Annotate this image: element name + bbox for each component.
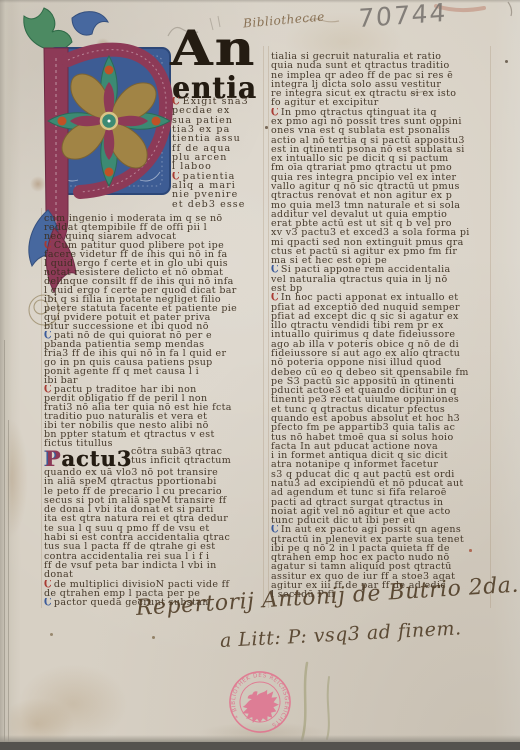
line-text: tialia si gecruit naturalia et ratio [271,52,441,61]
manuscript-text-line: pecdae ex [172,106,268,115]
line-text: tientia assu [172,134,241,143]
line-text: nie pvenire [172,190,238,199]
line-text: ones vna est q sublata est psonalis [271,126,450,135]
line-text: ponit agente ff q met causa l i [44,367,199,376]
manuscript-text-line: est bp [271,284,492,293]
manuscript-text-line: bitur successione et ibi quod nō [44,322,266,331]
manuscript-text-line: habi si est contra accidentalia qtrac [44,533,266,542]
manuscript-text-line: qtractū in plenevit ex parte sua tenet [271,535,492,544]
manuscript-text-line: qtractus renovat et non agitur ex p [271,191,492,200]
chapter-heading: An entia [170,24,257,101]
manuscript-text-line: vel naturalia qtractus quia in lj nō [271,275,492,284]
manuscript-text-line: pe S3 pactū sic appositū in qtinenti [271,377,492,386]
manuscript-text-line: additur vel devalut ut quia emptio [271,210,492,219]
manuscript-text-line: est in qtinenti psona nō est sublata si [271,145,492,154]
acanthus-leaf [24,8,72,52]
pactum-side-line: tus inficit qtractum [131,456,231,465]
manuscript-text-line: secus si pot in aliā speM transire ff [44,496,266,505]
line-text: nō poteria oppone nisi illud quod [271,358,442,367]
paragraph-mark: C [271,525,279,534]
line-text: facta In aut pducat actione nova [271,442,438,451]
line-text: et tunc q qtractus dicatur pfectus [271,405,445,414]
manuscript-text-line: pbanda patientia semp mendas [44,340,266,349]
paragraph-mark: C [172,172,181,181]
manuscript-text-line: ex pmo agi nō possit tres sunt oppini [271,117,492,126]
line-text: sua patien [172,116,233,125]
ink-dot [50,633,53,636]
line-text: illo qtractu vendidi tibi rem pr ex [271,321,444,330]
paragraph-mark: C [44,331,52,340]
blue-curl-leaf [72,12,108,35]
manuscript-text-line: ita est qtra natura rei et qtra dedur [44,514,266,523]
line-text: notat resistere delicto et nō obmat [44,268,223,277]
line-text: fideiussore si aut ago ex alio qtractu [271,349,460,358]
paragraph-mark: C [271,265,279,274]
line-text: le peto ff de precario l cu precario [44,487,222,496]
manuscript-text-line: traditio puo naturalis et vera et [44,412,266,421]
manuscript-text-line: facta In aut pducat actione nova [271,442,492,451]
manuscript-text-line: ones vna est q sublata est psonalis [271,126,492,135]
manuscript-text-line: CIn pmo qtractus qtinguat ita q [271,108,492,117]
manuscript-text-line: tus sua l pacta ff de qtrahe gi est [44,542,266,551]
line-text: qui pvidere potuit et pater priva [44,313,211,322]
line-text: erat pbte actū est ut sit q b vel pro [271,219,452,228]
manuscript-scan: Bibliothecae 70744 [0,0,520,750]
manuscript-text-line: ibi bar [44,376,266,385]
manuscript-text-line: fideiussore si aut ago ex alio qtractu [271,349,492,358]
line-text: intuallo quirimus q date fideiussore [271,330,455,339]
line-text: fo agitur et excipitur [271,98,379,107]
chapter-heading-line1: An [170,24,273,72]
line-text: traditio puo naturalis et vera et [44,412,207,421]
manuscript-text-line: intuallo quirimus q date fideiussore [271,330,492,339]
manuscript-text-line: pducit actoe3 et quando dicitur in q [271,386,492,395]
line-text: pati nō de qui quiorat nō per e [54,331,212,340]
page-edge-line [4,340,5,745]
manuscript-text-line: reddat qtempibile ff de offi pii l [44,223,266,232]
line-text: debeo cū eo q debeo sit qpensabile fm [271,368,469,377]
manuscript-text-line: frati3 nō alia ter quia nō est hie fcta [44,403,266,412]
manuscript-text-line: CIn hoc pacti apponat ex intuallo et [271,293,492,302]
line-text: habi si est contra accidentalia qtrac [44,533,230,542]
manuscript-text-line: erat pbte actū est ut sit q b vel pro [271,219,492,228]
line-text: re integra sicut ex qtractu si ex isto [271,89,456,98]
ink-dot [152,636,155,639]
manuscript-text-line: pfiat ad except dic q sic si agatur ex [271,312,492,321]
paragraph-mark: C [44,598,52,607]
line-text: pecdae ex [172,106,230,115]
line-text: perdit obligatio ff de peril l non [44,394,207,403]
line-text: bitur successione et ibi quod nō [44,322,209,331]
manuscript-text-line: tialia si gecruit naturalia et ratio [271,52,492,61]
manuscript-text-line: debeo cū eo q debeo sit qpensabile fm [271,368,492,377]
manuscript-text-line: facere videtur ff de ihis qui nō in fa [44,250,266,259]
line-text: go in pn quis causa patiens psup [44,358,213,367]
manuscript-text-line: quando ex uā vlo3 nō pot transire [44,468,266,477]
manuscript-text-line: Cde multiplici divisioN pacti vide ff [44,580,266,589]
ink-dot [265,126,268,129]
line-text: tia3 ex pa [172,125,230,134]
page-top-edge [0,0,520,3]
line-text: et deb3 esse [172,200,246,209]
line-text: pacti ad qtract surgat qtractus in [271,498,443,507]
paragraph-mark: C [44,580,52,589]
line-text: patientia [183,172,236,181]
line-text: est bp [271,284,303,293]
line-text: additur vel devalut ut quia emptio [271,210,447,219]
manuscript-text-line: ctus et pactū si agitur ex pmo fm fir [271,247,492,256]
line-text: actio al nō tertia q si pactū appositu3 [271,136,465,145]
manuscript-text-line: et tunc q qtractus dicatur pfectus [271,405,492,414]
manuscript-text-line: i in formet antiqua dicit q sic dicit [271,451,492,460]
line-text: In pmo qtractus qtinguat ita q [281,108,437,117]
line-text: ff de vsuf peta bar indicta l vbi in [44,561,217,570]
line-text: atra notanipe q informet facetur [271,460,438,469]
line-text: In hoc pacti apponat ex intuallo et [281,293,458,302]
line-text: pbanda patientia semp mendas [44,340,204,349]
manuscript-text-line: CIn aut ex pacto agi possit qn agens [271,525,492,534]
manuscript-text-line: go in pn quis causa patiens psup [44,358,266,367]
line-text: ibi ter nobilis que nesto alibi nō [44,421,209,430]
manuscript-text-line: ad agendum et tunc si fifa relaroē [271,488,492,497]
manuscript-text-line: sua patien [172,116,268,125]
manuscript-text-line: qtrahen emp hoc ex pacto nudo nō [271,553,492,562]
line-text: pfiat ad exceptiō ded nuquid semper [271,303,460,312]
line-text: ma si et hec est opi pe [271,256,387,265]
manuscript-text-line: nō poteria oppone nisi illud quod [271,358,492,367]
line-text: Cum patitur quod plibere pot ipe [54,241,224,250]
line-text: pducit actoe3 et quando dicitur in q [271,386,457,395]
line-text: pfiat ad except dic q sic si agatur ex [271,312,459,321]
manuscript-text-line: nie pvenire [172,190,268,199]
line-text: l laboo [172,162,212,171]
manuscript-text-line: pfiat ad exceptiō ded nuquid semper [271,303,492,312]
manuscript-text-line: ff de aqua [172,144,268,153]
paragraph-mark: C [172,97,181,106]
manuscript-text-line: nec quinq siarem advocat [44,232,266,241]
left-column-lower: quando ex uā vlo3 nō pot transirein aliā… [44,468,266,609]
line-text: agatur si tamn aliquid post qtractū [271,562,452,571]
manuscript-text-line: agatur si tamn aliquid post qtractū [271,562,492,571]
scan-bottom-edge [0,742,520,750]
line-text: qtrahen emp hoc ex pacto nudo nō [271,553,450,562]
line-text: qtractū in plenevit ex parte sua tenet [271,535,464,544]
line-text: ne implea qr adeo ff de pac si res ē [271,71,453,80]
page-left-edge [0,0,12,750]
line-text: pe S3 pactū sic appositū in qtinenti [271,377,454,386]
line-text: est in qtinenti psona nō est sublata si [271,145,465,154]
page-edge-line [8,420,9,745]
line-text: ff de aqua [172,144,231,153]
manuscript-text-line: ibi ter nobilis que nesto alibi nō [44,421,266,430]
line-text: pfecto fm pe appartib3 quia talis ac [271,423,455,432]
line-text: l quid ergo f certe per quod dicat bar [44,286,237,295]
manuscript-text-line: ago ab illa v poteris obice q nō de di [271,340,492,349]
line-text: In aut ex pacto agi possit qn agens [281,525,461,534]
line-text: noiat agit vel nō agitur et que acto [271,507,451,516]
manuscript-text-line: te sua l q suu q pmo ff de vsu et [44,524,266,533]
line-text: tus sua l pacta ff de qtrahe gi est [44,542,215,551]
left-column-upper: cum ingenio i moderata im q se nōreddat … [44,214,266,449]
paragraph-mark: C [44,241,52,250]
manuscript-text-line: quia nuda sunt et qtractus traditio [271,61,492,70]
manuscript-text-line: tus nō habet tmoē qua si solus hoio [271,433,492,442]
manuscript-text-line: tientia assu [172,134,268,143]
manuscript-text-line: natu3 ad excipiendū et nō pducat aut [271,479,492,488]
manuscript-text-line: Cpactu p traditoe har ibi non [44,385,266,394]
manuscript-text-line: pacti ad qtract surgat qtractus in [271,498,492,507]
line-text: ita est qtra natura rei et qtra dedur [44,514,228,523]
line-text: s3 q pducat dic q aut pactū est ordi [271,470,455,479]
manuscript-text-line: CCum patitur quod plibere pot ipe [44,241,266,250]
manuscript-text-line: et deb3 esse [172,200,268,209]
right-text-column: tialia si gecruit naturalia et ratioquia… [271,52,492,601]
manuscript-text-line: xv v3 pactu3 et exced3 a sola forma pi [271,228,492,237]
line-text: mi qpacti sed non extinguit pmus qra [271,238,464,247]
manuscript-text-line: pfecto fm pe appartib3 quia talis ac [271,423,492,432]
manuscript-text-line: le peto ff de precario l cu precario [44,487,266,496]
line-text: vallo agitur q nō sic qtractū ut pmus [271,182,460,191]
line-text: nec quinq siarem advocat [44,232,176,241]
manuscript-text-line: ibi pe q nō 2 in l pacta quieta ff de [271,544,492,553]
manuscript-text-line: integra lj dicta solo assu vestitur [271,80,492,89]
line-text: secus si pot in aliā speM transire ff [44,496,227,505]
line-text: ibi bar [44,376,78,385]
line-text: quando ex uā vlo3 nō pot transire [44,468,218,477]
line-text: ctus et pactū si agitur ex pmo fm fir [271,247,457,256]
manuscript-text-line: CExigit sña3 [172,97,268,106]
line-text: natu3 ad excipiendū et nō pducat aut [271,479,464,488]
line-text: bn ppter statum et qtractus v est [44,430,215,439]
line-text: donat [44,570,73,579]
ink-dot [469,549,472,552]
manuscript-text-line: de dona l vbi ita donat et si parti [44,505,266,514]
line-text: Si pacti appone rem accidentalia [281,265,451,274]
manuscript-text-line: ff de vsuf peta bar indicta l vbi in [44,561,266,570]
manuscript-text-line: contra accidentalia rei sua l i f i [44,552,266,561]
line-text: petere statuta facente et patiente pie [44,304,237,313]
column-ruling-line [268,46,269,608]
line-text: plu arcen [172,153,227,162]
manuscript-text-line: ponit agente ff q met causa l i [44,367,266,376]
manuscript-text-line: atra notanipe q informet facetur [271,460,492,469]
line-text: tus nō habet tmoē qua si solus hoio [271,433,454,442]
manuscript-text-line: tunc pducit dic ut ibi per eū [271,516,492,525]
line-text: contra accidentalia rei sua l i f i [44,552,209,561]
manuscript-text-line: ma si et hec est opi pe [271,256,492,265]
line-text: l quid ergo f certe et in glo ubi quis [44,259,228,268]
line-text: Exigit sña3 [183,97,249,106]
manuscript-text-line: Cpati nō de qui quiorat nō per e [44,331,266,340]
manuscript-text-line: CSi pacti appone rem accidentalia [271,265,492,274]
manuscript-text-line: ex intuallo sic pe dicit q si pactum [271,154,492,163]
line-text: ex intuallo sic pe dicit q si pactum [271,154,449,163]
line-text: ibi pe q nō 2 in l pacta quieta ff de [271,544,450,553]
line-text: integra lj dicta solo assu vestitur [271,80,441,89]
line-text: reddat qtempibile ff de offi pii l [44,223,207,232]
manuscript-text-line: quia res integra pncipio vel ex inter [271,173,492,182]
line-text: de dona l vbi ita donat et si parti [44,505,214,514]
line-text: aliq a mari [172,181,236,190]
manuscript-text-line: donat [44,570,266,579]
line-text: cum ingenio i moderata im q se nō [44,214,223,223]
manuscript-text-line: Cpatientia [172,172,268,181]
manuscript-text-line: plu arcen [172,153,268,162]
line-text: vel naturalia qtractus quia in lj nō [271,275,448,284]
manuscript-text-line: qui pvidere potuit et pater priva [44,313,266,322]
manuscript-text-line: notat resistere delicto et nō obmat [44,268,266,277]
line-text: facere videtur ff de ihis qui nō in fa [44,250,228,259]
line-text: qtractus renovat et non agitur ex p [271,191,452,200]
manuscript-text-line: perdit obligatio ff de peril l non [44,394,266,403]
manuscript-text-line: tinenti pe3 rectat uiulme oppiniones [271,395,492,404]
manuscript-text-line: quando est apobus absolut et hoc h3 [271,414,492,423]
footer-inscription-line2: a Litt: P: vsq3 ad finem. [219,617,462,652]
paragraph-mark: C [271,108,279,117]
intro-narrow-column: CExigit sña3pecdae exsua patientia3 ex p… [172,97,268,213]
line-text: quia nuda sunt et qtractus traditio [271,61,450,70]
manuscript-text-line: s3 q pducat dic q aut pactū est ordi [271,470,492,479]
line-text: xv v3 pactu3 et exced3 a sola forma pi [271,228,470,237]
line-text: ad agendum et tunc si fifa relaroē [271,488,447,497]
line-text: ago ab illa v poteris obice q nō de di [271,340,459,349]
manuscript-text-line: aliq a mari [172,181,268,190]
page-bottom-shadow [0,735,520,742]
manuscript-text-line: actio al nō tertia q si pactū appositu3 [271,136,492,145]
manuscript-text-line: cum ingenio i moderata im q se nō [44,214,266,223]
line-text: in aliā speM qtractus pportionabi [44,477,217,486]
line-text: mo quia mel3 tmn naturale et si sola [271,201,460,210]
paragraph-mark: C [271,293,279,302]
line-text: i in formet antiqua dicit q sic dicit [271,451,448,460]
manuscript-text-line: l laboo [172,162,268,171]
line-text: quia res integra pncipio vel ex inter [271,173,456,182]
ink-dot [505,60,508,63]
manuscript-text-line: fm oīa qtrariat pmo qtractu ut pmo [271,163,492,172]
manuscript-text-line: noiat agit vel nō agitur et que acto [271,507,492,516]
manuscript-text-line: ne implea qr adeo ff de pac si res ē [271,71,492,80]
manuscript-text-line: l quid ergo f certe et in glo ubi quis [44,259,266,268]
line-text: te sua l q suu q pmo ff de vsu et [44,524,210,533]
manuscript-text-line: re integra sicut ex qtractu si ex isto [271,89,492,98]
paragraph-mark: C [44,385,52,394]
manuscript-text-line: ibi q si filia in potate negliget filio [44,295,266,304]
line-text: delinque consilt ff de ihis qui nō infa [44,277,234,286]
line-text: frati3 nō alia ter quia nō est hie fcta [44,403,232,412]
manuscript-text-line: petere statuta facente et patiente pie [44,304,266,313]
line-text: ex pmo agi nō possit tres sunt oppini [271,117,462,126]
manuscript-text-line: fo agitur et excipitur [271,98,492,107]
manuscript-text-line: mi qpacti sed non extinguit pmus qra [271,238,492,247]
manuscript-text-line: tia3 ex pa [172,125,268,134]
line-text: tunc pducit dic ut ibi per eū [271,516,416,525]
manuscript-text-line: in aliā speM qtractus pportionabi [44,477,266,486]
manuscript-text-line: mo quia mel3 tmn naturale et si sola [271,201,492,210]
pactum-subheading: Pactu3 cōtra subā3 qtrac tus inficit qtr… [45,446,132,468]
parchment-page: Bibliothecae 70744 [0,0,520,750]
line-text: fria3 ff de ihis qui nō in fa l quid er [44,349,226,358]
line-text: quando est apobus absolut et hoc h3 [271,414,460,423]
manuscript-text-line: l quid ergo f certe per quod dicat bar [44,286,266,295]
line-text: de multiplici divisioN pacti vide ff [54,580,229,589]
manuscript-text-line: vallo agitur q nō sic qtractū ut pmus [271,182,492,191]
manuscript-text-line: delinque consilt ff de ihis qui nō infa [44,277,266,286]
manuscript-text-line: bn ppter statum et qtractus v est [44,430,266,439]
line-text: tinenti pe3 rectat uiulme oppiniones [271,395,459,404]
line-text: fm oīa qtrariat pmo qtractu ut pmo [271,163,452,172]
line-text: pactu p traditoe har ibi non [54,385,197,394]
manuscript-text-line: fria3 ff de ihis qui nō in fa l quid er [44,349,266,358]
line-text: ibi q si filia in potate negliget filio [44,295,221,304]
manuscript-text-line: illo qtractu vendidi tibi rem pr ex [271,321,492,330]
